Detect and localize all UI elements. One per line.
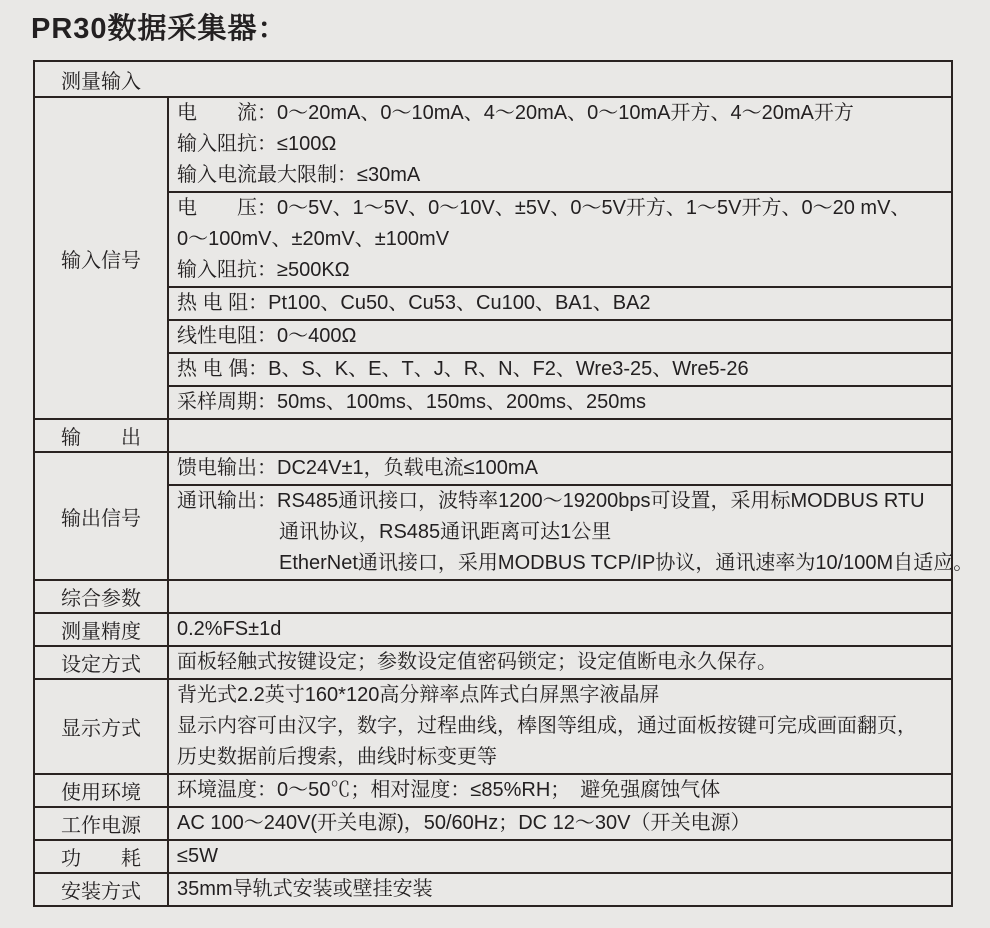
spec-line: ≤5W [169,841,951,872]
row-content: AC 100～240V(开关电源)，50/60Hz；DC 12～30V（开关电源… [167,808,951,839]
sub-sampling-period: 采样周期：50ms、100ms、150ms、200ms、250ms [169,385,951,418]
row-label: 输入信号 [35,98,167,418]
row-content: 馈电输出：DC24V±1，负载电流≤100mA 通讯输出：RS485通讯接口，波… [167,453,951,579]
row-label: 输 出 [35,420,167,451]
row-content-empty [167,62,951,96]
row-power-supply: 工作电源 AC 100～240V(开关电源)，50/60Hz；DC 12～30V… [35,806,951,839]
row-label: 安装方式 [35,874,167,905]
page-title: PR30数据采集器： [31,6,288,47]
row-power-consumption: 功 耗 ≤5W [35,839,951,872]
spec-line: 输入阻抗：≤100Ω [169,129,951,160]
spec-line: 热 电 偶：B、S、K、E、T、J、R、N、F2、Wre3-25、Wre5-26 [169,354,951,385]
row-label: 使用环境 [35,775,167,806]
sub-rtd: 热 电 阻：Pt100、Cu50、Cu53、Cu100、BA1、BA2 [169,286,951,319]
row-content: 0.2%FS±1d [167,614,951,645]
row-label: 测量输入 [35,62,167,96]
row-label: 设定方式 [35,647,167,678]
row-content: 面板轻触式按键设定；参数设定值密码锁定；设定值断电永久保存。 [167,647,951,678]
sub-comm-output: 通讯输出：RS485通讯接口，波特率1200～19200bps可设置，采用标MO… [169,484,951,579]
spec-line: 热 电 阻：Pt100、Cu50、Cu53、Cu100、BA1、BA2 [169,288,951,319]
row-label: 功 耗 [35,841,167,872]
row-installation: 安装方式 35mm导轨式安装或壁挂安装 [35,872,951,905]
spec-table: 测量输入 输入信号 电 流：0～20mA、0～10mA、4～20mA、0～10m… [33,60,953,907]
row-output: 输 出 [35,418,951,451]
row-input-signal: 输入信号 电 流：0～20mA、0～10mA、4～20mA、0～10mA开方、4… [35,96,951,418]
row-accuracy: 测量精度 0.2%FS±1d [35,612,951,645]
row-label: 综合参数 [35,581,167,612]
spec-line: 馈电输出：DC24V±1，负载电流≤100mA [169,453,951,484]
spec-line: 输入电流最大限制：≤30mA [169,160,951,191]
spec-line: 线性电阻：0～400Ω [169,321,951,352]
spec-line: 电 流：0～20mA、0～10mA、4～20mA、0～10mA开方、4～20mA… [169,98,951,129]
row-measure-input: 测量输入 [35,62,951,96]
row-label: 输出信号 [35,453,167,579]
sub-feed-output: 馈电输出：DC24V±1，负载电流≤100mA [169,453,951,484]
row-setting-method: 设定方式 面板轻触式按键设定；参数设定值密码锁定；设定值断电永久保存。 [35,645,951,678]
spec-line: AC 100～240V(开关电源)，50/60Hz；DC 12～30V（开关电源… [169,808,951,839]
row-display-method: 显示方式 背光式2.2英寸160*120高分辩率点阵式白屏黑字液晶屏 显示内容可… [35,678,951,773]
spec-line: 通讯协议，RS485通讯距离可达1公里 [169,517,951,548]
spec-line: 电 压：0～5V、1～5V、0～10V、±5V、0～5V开方、1～5V开方、0～… [169,193,951,224]
spec-line: 35mm导轨式安装或壁挂安装 [169,874,951,905]
row-content-empty [167,581,951,612]
page: { "title": "PR30数据采集器：", "colors": { "ba… [0,0,990,928]
row-label: 测量精度 [35,614,167,645]
sub-voltage: 电 压：0～5V、1～5V、0～10V、±5V、0～5V开方、1～5V开方、0～… [169,191,951,286]
sub-thermocouple: 热 电 偶：B、S、K、E、T、J、R、N、F2、Wre3-25、Wre5-26 [169,352,951,385]
row-content: 电 流：0～20mA、0～10mA、4～20mA、0～10mA开方、4～20mA… [167,98,951,418]
spec-line: 面板轻触式按键设定；参数设定值密码锁定；设定值断电永久保存。 [169,647,951,678]
row-content: ≤5W [167,841,951,872]
row-content-empty [167,420,951,451]
row-general-params: 综合参数 [35,579,951,612]
spec-line: 0.2%FS±1d [169,614,951,645]
row-content: 背光式2.2英寸160*120高分辩率点阵式白屏黑字液晶屏 显示内容可由汉字，数… [167,680,951,773]
spec-line: 历史数据前后搜索，曲线时标变更等 [169,742,951,773]
spec-line: EtherNet通讯接口，采用MODBUS TCP/IP协议，通讯速率为10/1… [169,548,951,579]
spec-line: 显示内容可由汉字，数字，过程曲线，棒图等组成，通过面板按键可完成画面翻页， [169,711,951,742]
row-content: 环境温度：0～50℃；相对湿度：≤85%RH； 避免强腐蚀气体 [167,775,951,806]
sub-linear-resistance: 线性电阻：0～400Ω [169,319,951,352]
spec-line: 通讯输出：RS485通讯接口，波特率1200～19200bps可设置，采用标MO… [169,486,951,517]
spec-line: 0～100mV、±20mV、±100mV [169,224,951,255]
sub-current: 电 流：0～20mA、0～10mA、4～20mA、0～10mA开方、4～20mA… [169,98,951,191]
spec-line: 背光式2.2英寸160*120高分辩率点阵式白屏黑字液晶屏 [169,680,951,711]
row-environment: 使用环境 环境温度：0～50℃；相对湿度：≤85%RH； 避免强腐蚀气体 [35,773,951,806]
spec-line: 环境温度：0～50℃；相对湿度：≤85%RH； 避免强腐蚀气体 [169,775,951,806]
row-output-signal: 输出信号 馈电输出：DC24V±1，负载电流≤100mA 通讯输出：RS485通… [35,451,951,579]
spec-line: 采样周期：50ms、100ms、150ms、200ms、250ms [169,387,951,418]
spec-line: 输入阻抗：≥500KΩ [169,255,951,286]
row-label: 工作电源 [35,808,167,839]
row-content: 35mm导轨式安装或壁挂安装 [167,874,951,905]
row-label: 显示方式 [35,680,167,773]
